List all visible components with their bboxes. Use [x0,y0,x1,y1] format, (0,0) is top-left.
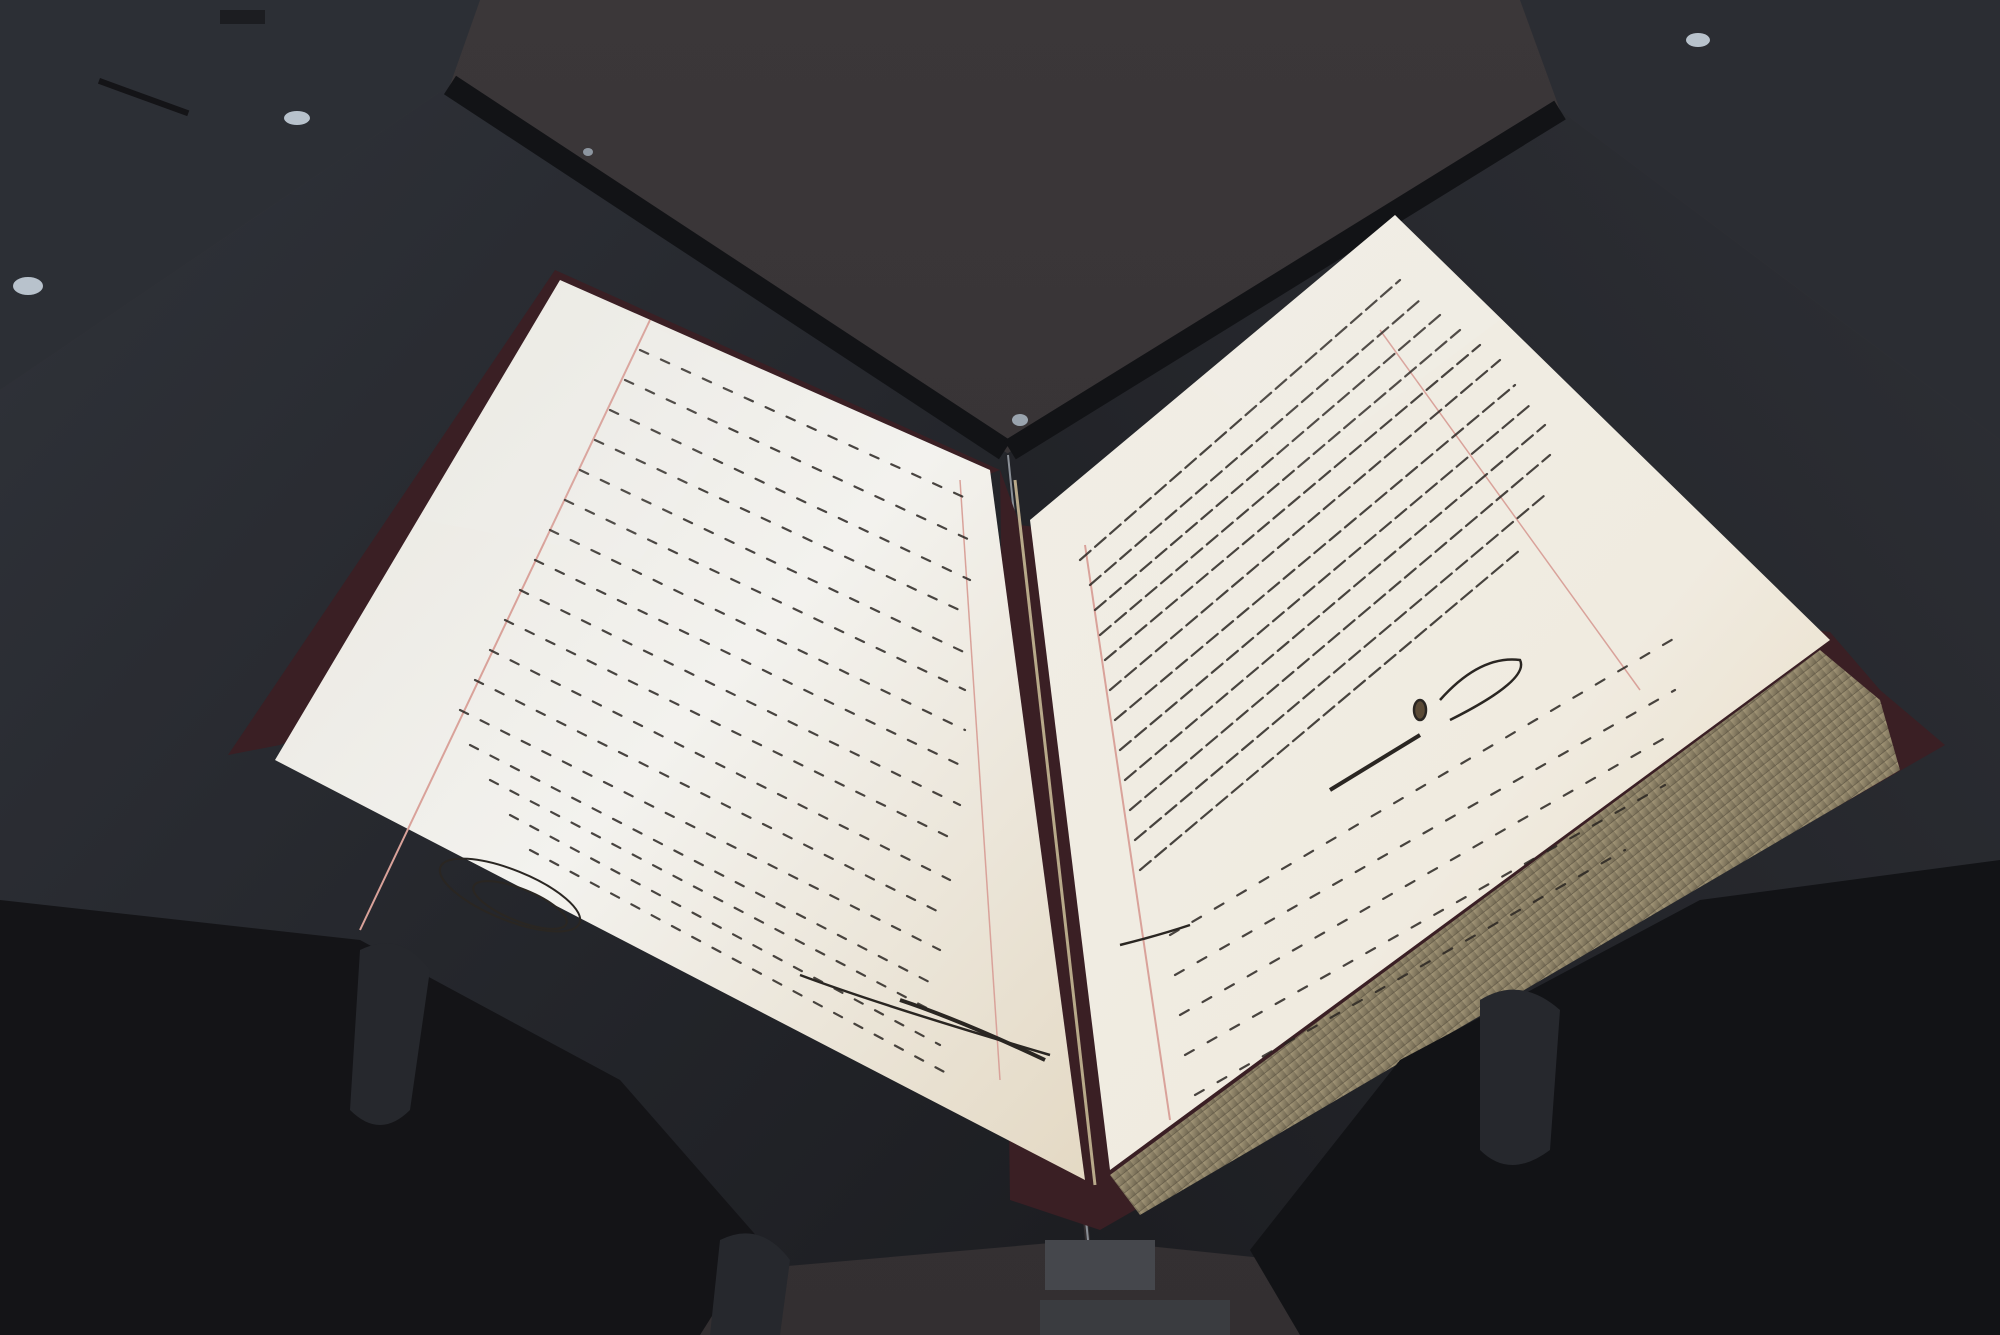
cradle-foot [1045,1240,1155,1290]
screw-icon [13,277,43,295]
left-support-notch [710,1233,790,1335]
photo-scene: Open antique handwritten book on a V-sha… [0,0,2000,1335]
screw-icon [1686,33,1710,47]
slot [220,10,265,24]
right-support-notch [1480,990,1560,1165]
screw-icon [284,111,310,125]
screw-icon [583,148,593,156]
book-scanner-photo [0,0,2000,1335]
screw-icon [1012,414,1028,426]
cradle-foot [1040,1300,1230,1335]
